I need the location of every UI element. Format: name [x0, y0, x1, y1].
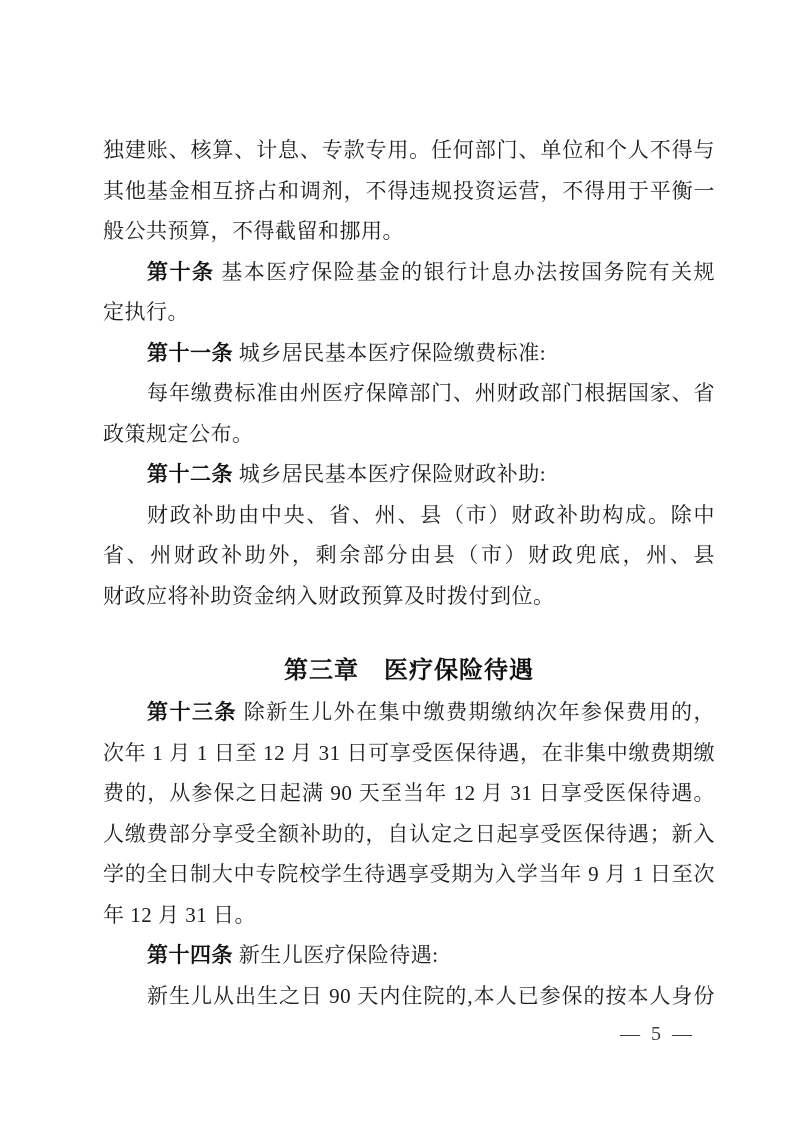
text-line: 财政补助由中央、省、州、县（市）财政补助构成。除中央、 — [103, 495, 715, 536]
text-line: 财政应将补助资金纳入财政预算及时拨付到位。 — [103, 576, 715, 617]
chapter-3-heading: 第三章 医疗保险待遇 — [103, 649, 715, 692]
text-line: 般公共预算，不得截留和挪用。 — [103, 211, 715, 252]
article-number: 第十二条 — [147, 463, 233, 486]
text-line: 省、州财政补助外，剩余部分由县（市）财政兜底，州、县（市） — [103, 535, 715, 576]
text-line: 次年 1 月 1 日至 12 月 31 日可享受医保待遇，在非集中缴费期缴 — [103, 733, 715, 774]
text-line: 新生儿从出生之日 90 天内住院的,本人已参保的按本人身份 — [103, 976, 715, 1017]
text-line: 年 12 月 31 日。 — [103, 895, 715, 936]
text-line: 第十四条 新生儿医疗保险待遇: — [103, 935, 715, 976]
para-fund-management-continued: 独建账、核算、计息、专款专用。任何部门、单位和个人不得与其他基金相互挤占和调剂，… — [103, 130, 715, 252]
article-number: 第十三条 — [147, 701, 237, 724]
page-number: — 5 — — [620, 1022, 695, 1046]
text-line: 定执行。 — [103, 292, 715, 333]
text-line: 每年缴费标准由州医疗保障部门、州财政部门根据国家、省 — [103, 373, 715, 414]
text-line: 费的，从参保之日起满 90 天至当年 12 月 31 日享受医保待遇。个 — [103, 773, 715, 814]
para-payment-standard: 每年缴费标准由州医疗保障部门、州财政部门根据国家、省政策规定公布。 — [103, 373, 715, 454]
text-line: 人缴费部分享受全额补助的，自认定之日起享受医保待遇；新入 — [103, 814, 715, 855]
para-article-14: 第十四条 新生儿医疗保险待遇: — [103, 935, 715, 976]
text-line: 其他基金相互挤占和调剂，不得违规投资运营，不得用于平衡一 — [103, 171, 715, 212]
para-article-10: 第十条 基本医疗保险基金的银行计息办法按国务院有关规定执行。 — [103, 252, 715, 333]
text-line: 第十二条 城乡居民基本医疗保险财政补助: — [103, 454, 715, 495]
text-line: 政策规定公布。 — [103, 414, 715, 455]
article-number: 第十条 — [147, 261, 214, 284]
article-number: 第十四条 — [147, 944, 233, 967]
para-article-12: 第十二条 城乡居民基本医疗保险财政补助: — [103, 454, 715, 495]
text-line: 独建账、核算、计息、专款专用。任何部门、单位和个人不得与 — [103, 130, 715, 171]
para-newborn: 新生儿从出生之日 90 天内住院的,本人已参保的按本人身份 — [103, 976, 715, 1017]
document-body: 独建账、核算、计息、专款专用。任何部门、单位和个人不得与其他基金相互挤占和调剂，… — [103, 130, 715, 1016]
text-line: 第十三条 除新生儿外在集中缴费期缴纳次年参保费用的， — [103, 692, 715, 733]
para-article-13: 第十三条 除新生儿外在集中缴费期缴纳次年参保费用的，次年 1 月 1 日至 12… — [103, 692, 715, 935]
text-line: 第十条 基本医疗保险基金的银行计息办法按国务院有关规 — [103, 252, 715, 293]
text-line: 第十一条 城乡居民基本医疗保险缴费标准: — [103, 333, 715, 374]
text-line: 学的全日制大中专院校学生待遇享受期为入学当年 9 月 1 日至次 — [103, 854, 715, 895]
para-article-11: 第十一条 城乡居民基本医疗保险缴费标准: — [103, 333, 715, 374]
article-number: 第十一条 — [147, 342, 233, 365]
para-fiscal-subsidy: 财政补助由中央、省、州、县（市）财政补助构成。除中央、省、州财政补助外，剩余部分… — [103, 495, 715, 617]
document-page: 独建账、核算、计息、专款专用。任何部门、单位和个人不得与其他基金相互挤占和调剂，… — [0, 0, 793, 1122]
